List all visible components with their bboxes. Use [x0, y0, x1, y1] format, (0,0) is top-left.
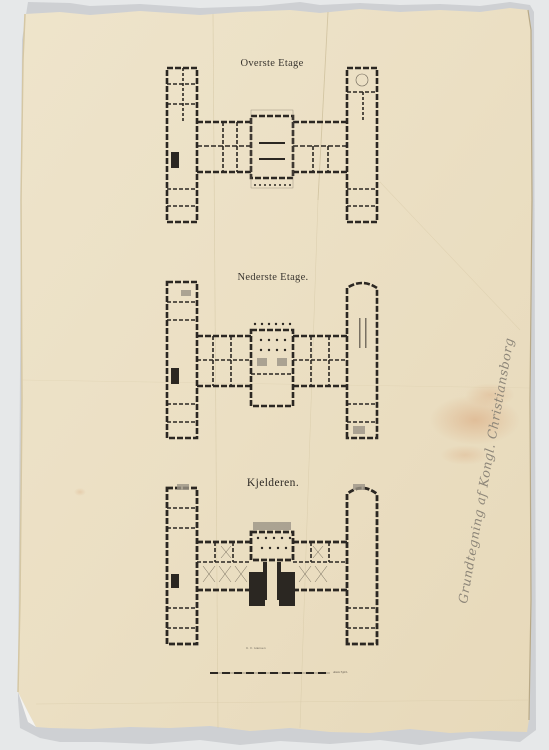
- scale-bar: [210, 670, 335, 676]
- floor-plan-ground: [163, 278, 379, 443]
- document-sheet: Overste Etage Nederste Etage. Kjelderen.: [0, 0, 549, 750]
- floor-plan-basement: [163, 482, 379, 650]
- scale-unit-label: Alen Sjæl.: [333, 670, 348, 674]
- floor-plan-upper: [163, 64, 379, 226]
- architect-signature: C. F. Hansen: [246, 646, 266, 650]
